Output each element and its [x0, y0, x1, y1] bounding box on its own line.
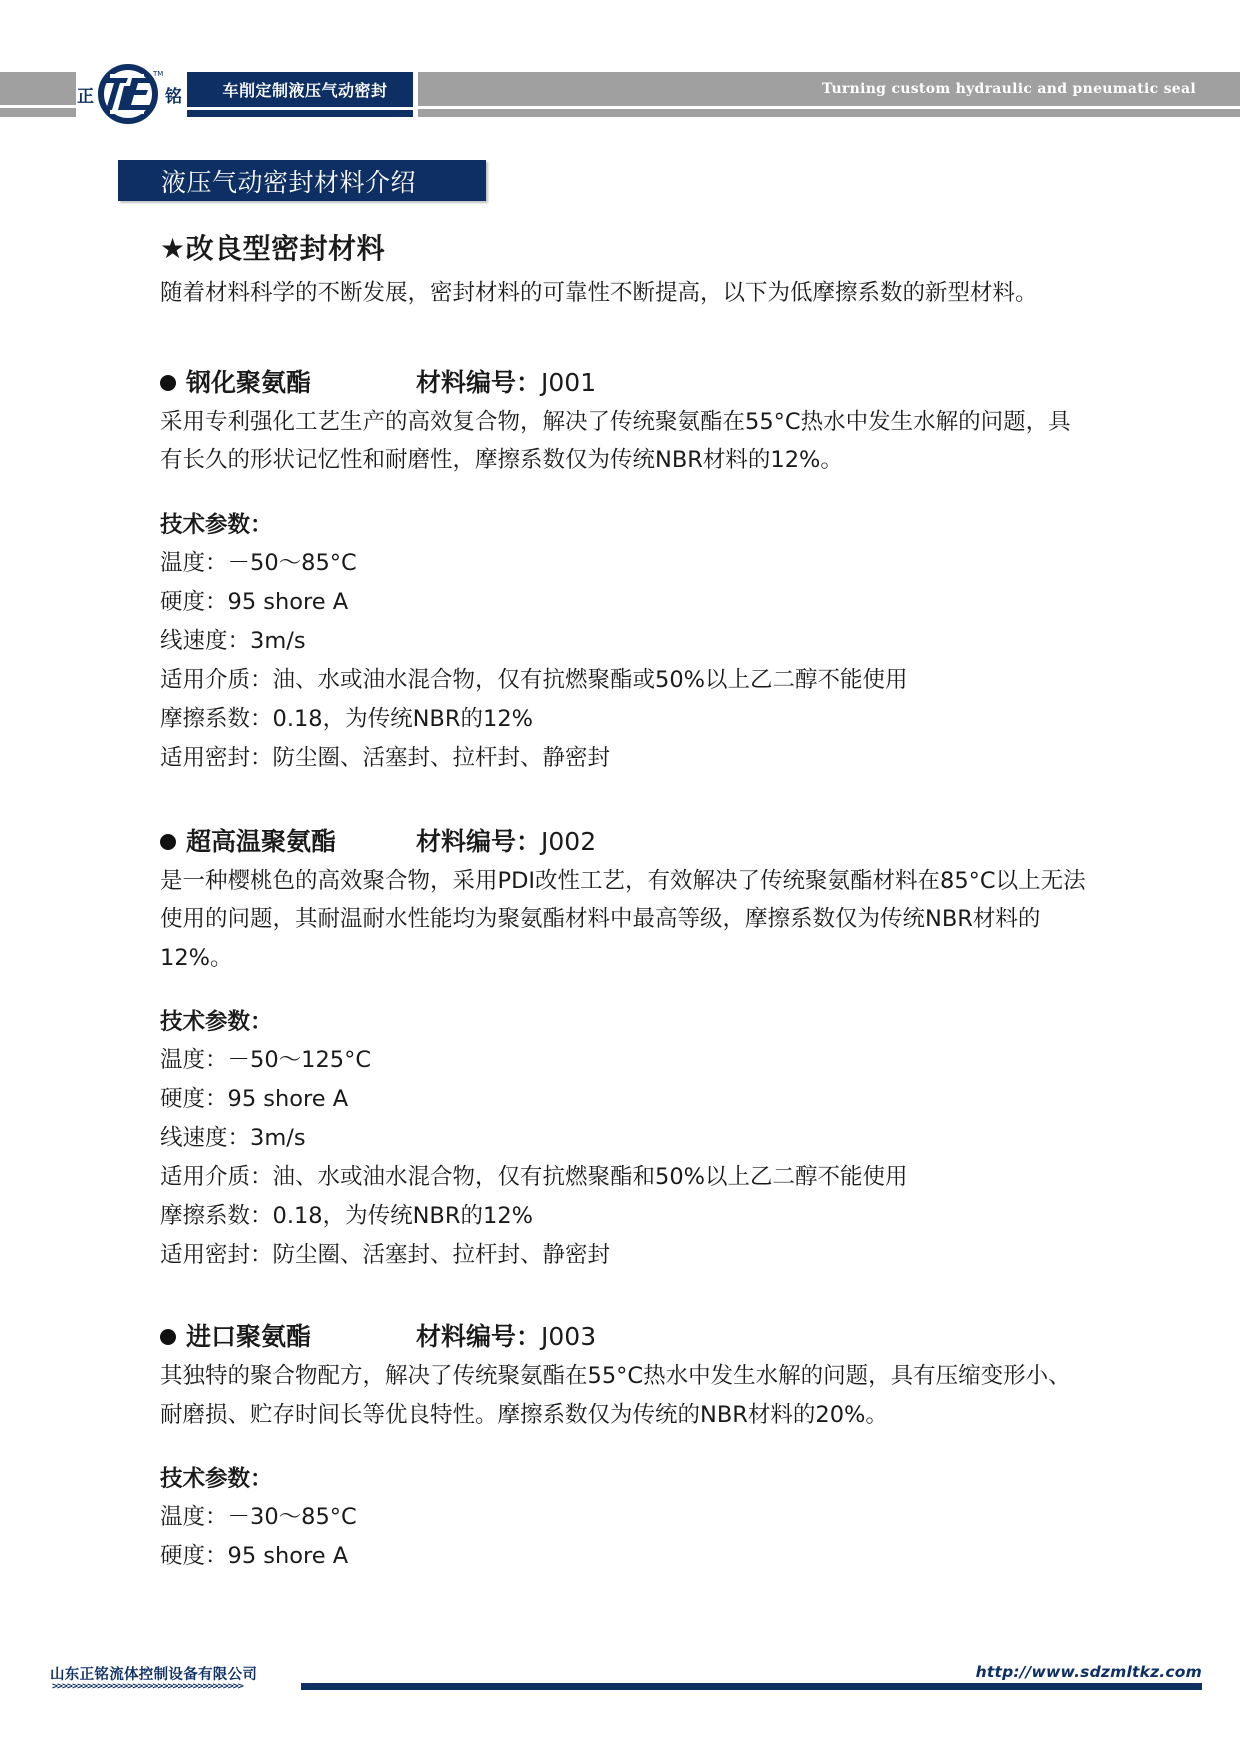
header-tagline-en: Turning custom hydraulic and pneumatic s… [822, 72, 1196, 106]
company-logo: 正 TM 铭 [76, 56, 188, 128]
material-name: 进口聚氨酯 [186, 1317, 416, 1357]
footer-chevron-decoration-icon: >>>>>>>>>>>>>>>>>>>>>>>>>>>>>>>>>>>>>> [52, 1683, 302, 1691]
spec-linear-speed: 线速度：3m/s [160, 622, 1090, 661]
spec-temperature: 温度：－50～85°C [160, 544, 1090, 583]
header-gray-bar-left [0, 72, 76, 105]
svg-text:铭: 铭 [164, 86, 182, 107]
material-section-j002: 超高温聚氨酯 材料编号： J002 是一种樱桃色的高效聚合物，采用PDI改性工艺… [160, 822, 1090, 1276]
spec-hardness: 硬度：95 shore A [160, 583, 1090, 622]
footer-company-name: 山东正铭流体控制设备有限公司 [50, 1663, 257, 1684]
spec-linear-speed: 线速度：3m/s [160, 1119, 1090, 1158]
intro-paragraph: 随着材料科学的不断发展，密封材料的可靠性不断提高，以下为低摩擦系数的新型材料。 [160, 274, 1090, 313]
material-name: 钢化聚氨酯 [186, 363, 416, 403]
tech-params-title: 技术参数： [160, 1460, 1090, 1498]
material-code-label: 材料编号： [416, 822, 541, 862]
svg-text:正: 正 [77, 87, 94, 107]
material-code-label: 材料编号： [416, 1317, 541, 1357]
logo-emblem-icon: 正 TM 铭 [76, 56, 188, 128]
section-title-banner: 液压气动密封材料介绍 [118, 160, 486, 201]
spec-seal-types: 适用密封：防尘圈、活塞封、拉杆封、静密封 [160, 1236, 1090, 1275]
footer-website-link[interactable]: http://www.sdzmltkz.com [976, 1663, 1202, 1681]
tech-params-title: 技术参数： [160, 1003, 1090, 1041]
header-gray-stripe-left [0, 108, 76, 117]
material-heading: 钢化聚氨酯 材料编号： J001 [160, 363, 1090, 403]
material-code: J001 [541, 363, 596, 403]
material-section-j003: 进口聚氨酯 材料编号： J003 其独特的聚合物配方，解决了传统聚氨酯在55°C… [160, 1317, 1090, 1576]
spec-media: 适用介质：油、水或油水混合物，仅有抗燃聚酯或50%以上乙二醇不能使用 [160, 661, 1090, 700]
svg-text:TM: TM [152, 70, 163, 78]
spec-seal-types: 适用密封：防尘圈、活塞封、拉杆封、静密封 [160, 739, 1090, 778]
material-code: J003 [541, 1317, 596, 1357]
material-description: 其独特的聚合物配方，解决了传统聚氨酯在55°C热水中发生水解的问题，具有压缩变形… [160, 1357, 1090, 1434]
material-section-j001: 钢化聚氨酯 材料编号： J001 采用专利强化工艺生产的高效复合物，解决了传统聚… [160, 363, 1090, 778]
header-blue-stripe [187, 110, 413, 117]
spec-friction: 摩擦系数：0.18，为传统NBR的12% [160, 700, 1090, 739]
material-description: 是一种樱桃色的高效聚合物，采用PDI改性工艺，有效解决了传统聚氨酯材料在85°C… [160, 862, 1090, 978]
spec-temperature: 温度：－30～85°C [160, 1498, 1090, 1537]
spec-hardness: 硬度：95 shore A [160, 1080, 1090, 1119]
bullet-icon [160, 834, 176, 850]
header-gray-stripe-right [418, 109, 1240, 117]
spec-hardness: 硬度：95 shore A [160, 1537, 1090, 1576]
document-body: ★改良型密封材料 随着材料科学的不断发展，密封材料的可靠性不断提高，以下为低摩擦… [160, 226, 1090, 1576]
spec-friction: 摩擦系数：0.18，为传统NBR的12% [160, 1197, 1090, 1236]
bullet-icon [160, 1329, 176, 1345]
bullet-icon [160, 375, 176, 391]
material-name: 超高温聚氨酯 [186, 822, 416, 862]
material-heading: 超高温聚氨酯 材料编号： J002 [160, 822, 1090, 862]
footer-blue-bar [301, 1683, 1202, 1690]
improved-materials-heading: ★改良型密封材料 [160, 226, 1090, 272]
material-heading: 进口聚氨酯 材料编号： J003 [160, 1317, 1090, 1357]
tech-params-title: 技术参数： [160, 506, 1090, 544]
material-code: J002 [541, 822, 596, 862]
material-description: 采用专利强化工艺生产的高效复合物，解决了传统聚氨酯在55°C热水中发生水解的问题… [160, 403, 1090, 480]
header-tagline-cn: 车削定制液压气动密封 [187, 72, 413, 107]
spec-temperature: 温度：－50～125°C [160, 1041, 1090, 1080]
material-code-label: 材料编号： [416, 363, 541, 403]
spec-media: 适用介质：油、水或油水混合物，仅有抗燃聚酯和50%以上乙二醇不能使用 [160, 1158, 1090, 1197]
